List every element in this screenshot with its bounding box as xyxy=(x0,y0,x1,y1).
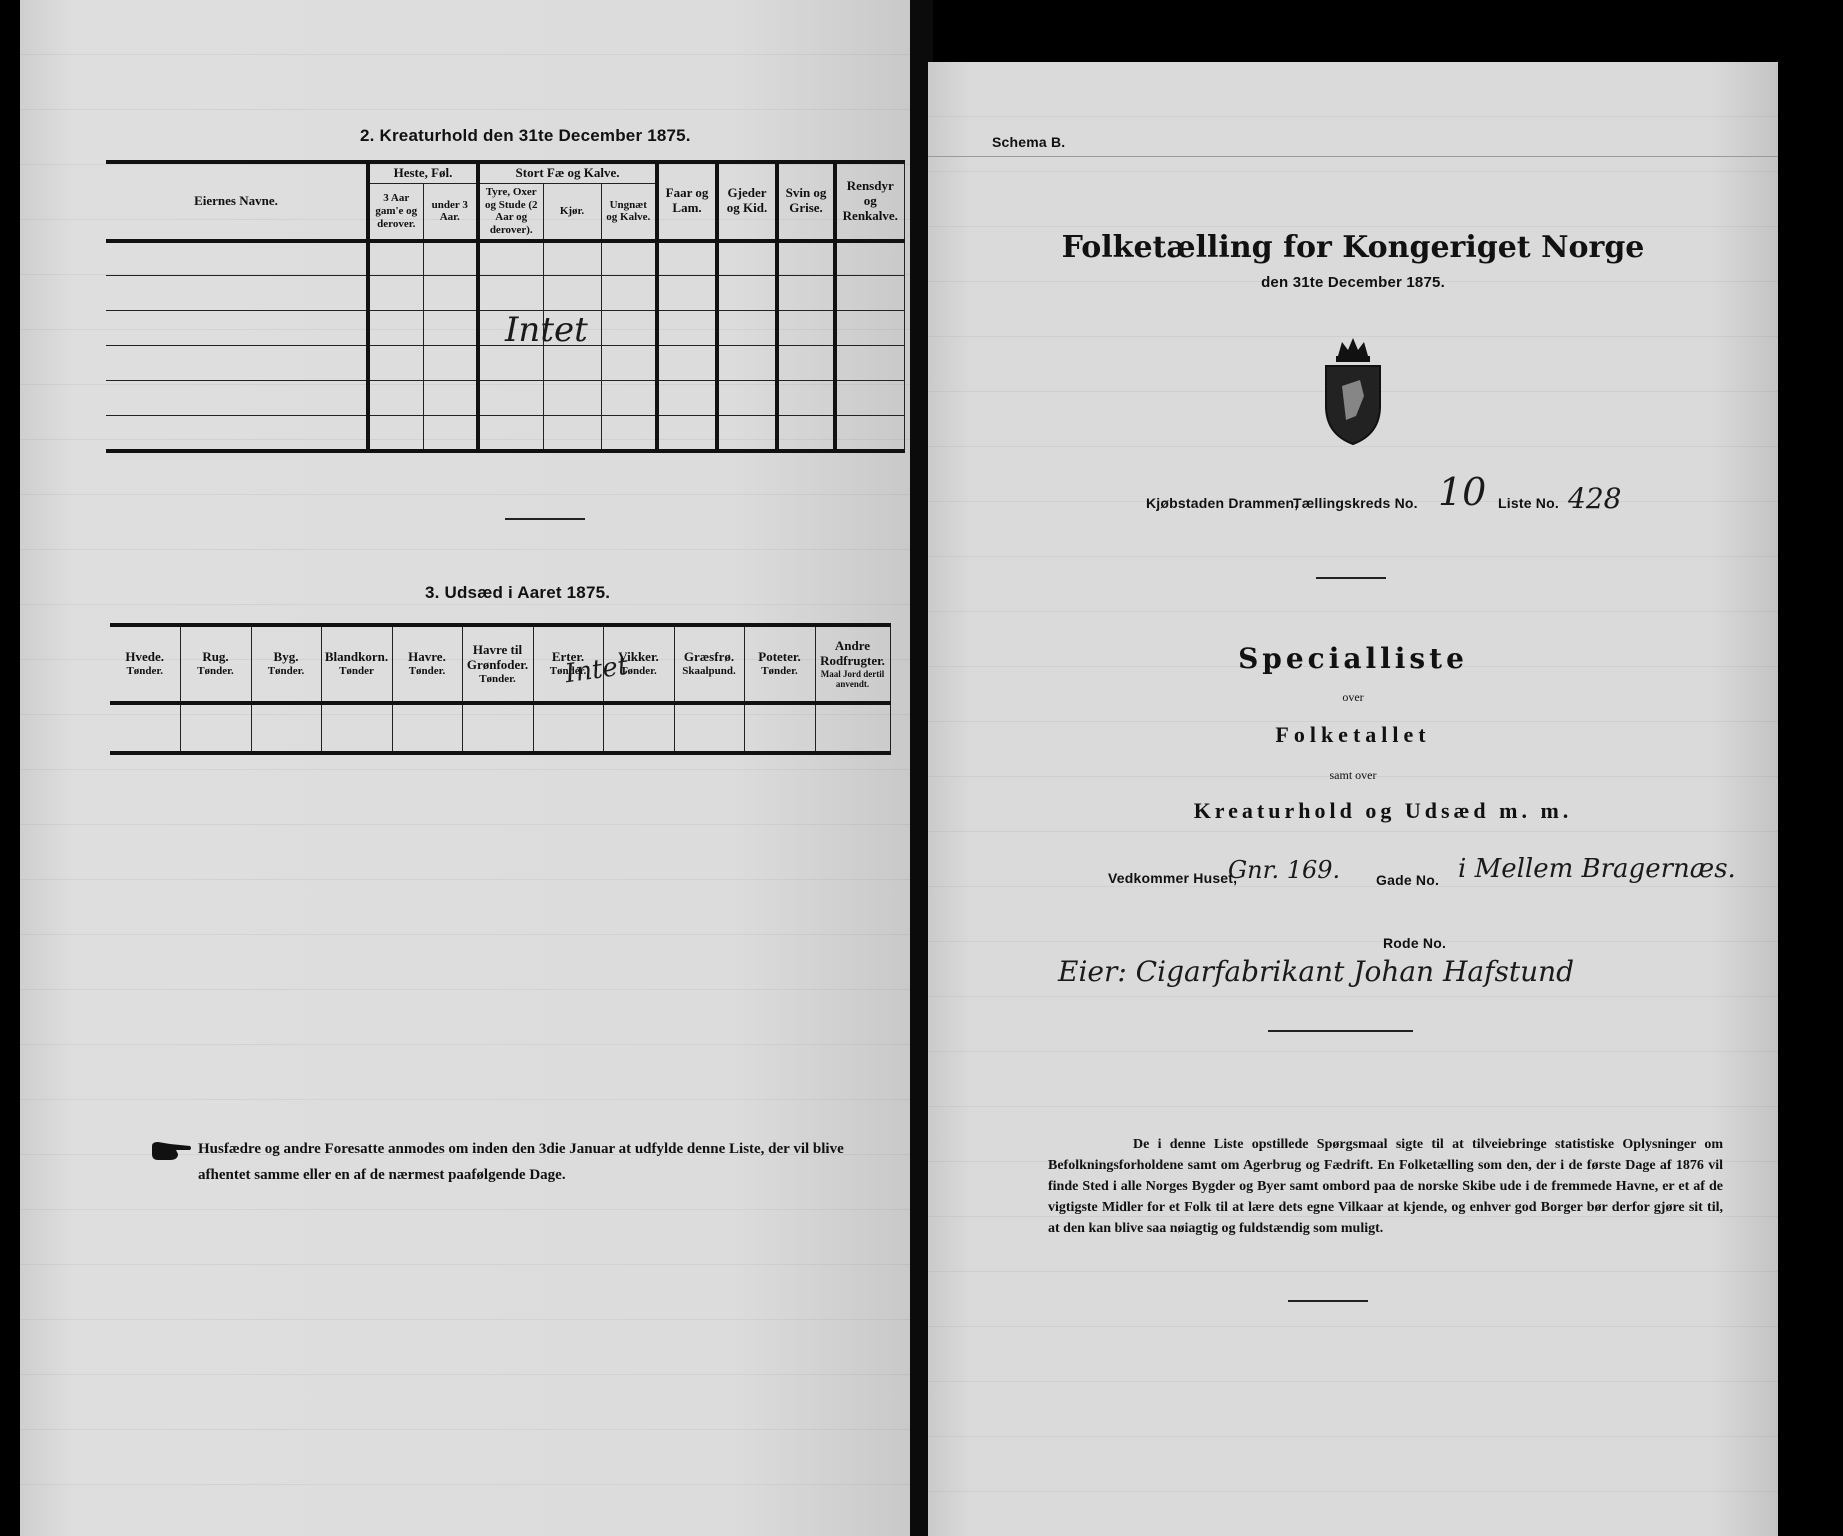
col-cattle-cows: Kjør. xyxy=(543,183,601,240)
notice-text: Husfædre og andre Foresatte anmodes om i… xyxy=(198,1136,878,1188)
divider xyxy=(1268,1030,1413,1032)
divider xyxy=(1288,1300,1368,1302)
col-havre: Havre.Tønder. xyxy=(392,625,462,703)
street-label: Gade No. xyxy=(1376,872,1439,888)
col-havre-gronfoder: Havre til Grønfoder.Tønder. xyxy=(462,625,533,703)
town-label: Kjøbstaden Drammen, xyxy=(1146,495,1298,511)
col-blandkorn: Blandkorn.Tønder xyxy=(321,625,392,703)
owner-field: Eier: Cigarfabrikant Johan Hafstund xyxy=(1058,955,1574,988)
col-cattle-young: Ungnæt og Kalve. xyxy=(601,183,657,240)
list-label: Liste No. xyxy=(1498,495,1559,511)
street-field: i Mellem Bragernæs. xyxy=(1458,854,1736,884)
date-line: den 31te December 1875. xyxy=(928,274,1778,291)
main-title: Folketælling for Kongeriget Norge xyxy=(928,230,1778,265)
divider xyxy=(505,518,585,520)
seed-section-title: 3. Udsæd i Aaret 1875. xyxy=(425,583,610,603)
divider xyxy=(1316,577,1386,579)
col-poteter: Poteter.Tønder. xyxy=(744,625,815,703)
table-row xyxy=(106,381,904,416)
col-cattle-bulls: Tyre, Oxer og Stude (2 Aar og derover). xyxy=(478,183,543,240)
table-row xyxy=(106,416,904,451)
kreaturhold-title: Kreaturhold og Udsæd m. m. xyxy=(958,798,1808,824)
table-row xyxy=(106,346,904,381)
district-number-field: 10 xyxy=(1438,470,1486,514)
col-cattle-group: Stort Fæ og Kalve. xyxy=(478,162,657,183)
over-label: over xyxy=(928,690,1778,705)
handwritten-livestock-entry: Intet xyxy=(505,310,588,350)
table-row xyxy=(106,276,904,311)
folketallet-title: Folketallet xyxy=(928,722,1778,748)
col-graesfro: Græsfrø.Skaalpund. xyxy=(674,625,744,703)
col-owners: Eiernes Navne. xyxy=(106,162,368,241)
livestock-table: Eiernes Navne. Heste, Føl. Stort Fæ og K… xyxy=(106,160,905,453)
col-sheep: Faar og Lam. xyxy=(657,162,717,241)
district-label: Tællingskreds No. xyxy=(1293,495,1418,511)
table-row xyxy=(106,241,904,276)
col-pigs: Svin og Grise. xyxy=(777,162,835,241)
col-horses-3plus: 3 Aar gam'e og derover. xyxy=(368,183,423,240)
schema-label: Schema B. xyxy=(992,134,1065,150)
specialliste-title: Specialliste xyxy=(928,642,1778,675)
house-number-field: Gnr. 169. xyxy=(1228,856,1340,884)
table-row xyxy=(110,703,890,753)
rode-label: Rode No. xyxy=(1383,935,1446,951)
right-page: Schema B. Folketælling for Kongeriget No… xyxy=(928,62,1778,1536)
col-horses-under3: under 3 Aar. xyxy=(423,183,478,240)
col-andre-rodfrugter: Andre Rodfrugter.Maal Jord dertil anvend… xyxy=(815,625,890,703)
info-paragraph: De i denne Liste opstillede Spørgsmaal s… xyxy=(1048,1134,1723,1239)
faint-header-rule xyxy=(928,156,1778,157)
livestock-section-title: 2. Kreaturhold den 31te December 1875. xyxy=(360,126,691,146)
seed-table: Hvede.Tønder. Rug.Tønder. Byg.Tønder. Bl… xyxy=(110,623,891,755)
col-hvede: Hvede.Tønder. xyxy=(110,625,180,703)
col-reindeer: Rensdyr og Renkalve. xyxy=(835,162,904,241)
col-byg: Byg.Tønder. xyxy=(251,625,321,703)
col-rug: Rug.Tønder. xyxy=(180,625,251,703)
left-page: 2. Kreaturhold den 31te December 1875. E… xyxy=(20,0,910,1536)
norway-coat-of-arms-icon xyxy=(1320,336,1386,446)
list-number-field: 428 xyxy=(1568,482,1621,515)
pointing-hand-icon xyxy=(150,1140,192,1162)
house-label: Vedkommer Huset, xyxy=(1108,870,1237,886)
col-goats: Gjeder og Kid. xyxy=(717,162,777,241)
col-horses-group: Heste, Føl. xyxy=(368,162,478,183)
samt-over-label: samt over xyxy=(928,768,1778,783)
